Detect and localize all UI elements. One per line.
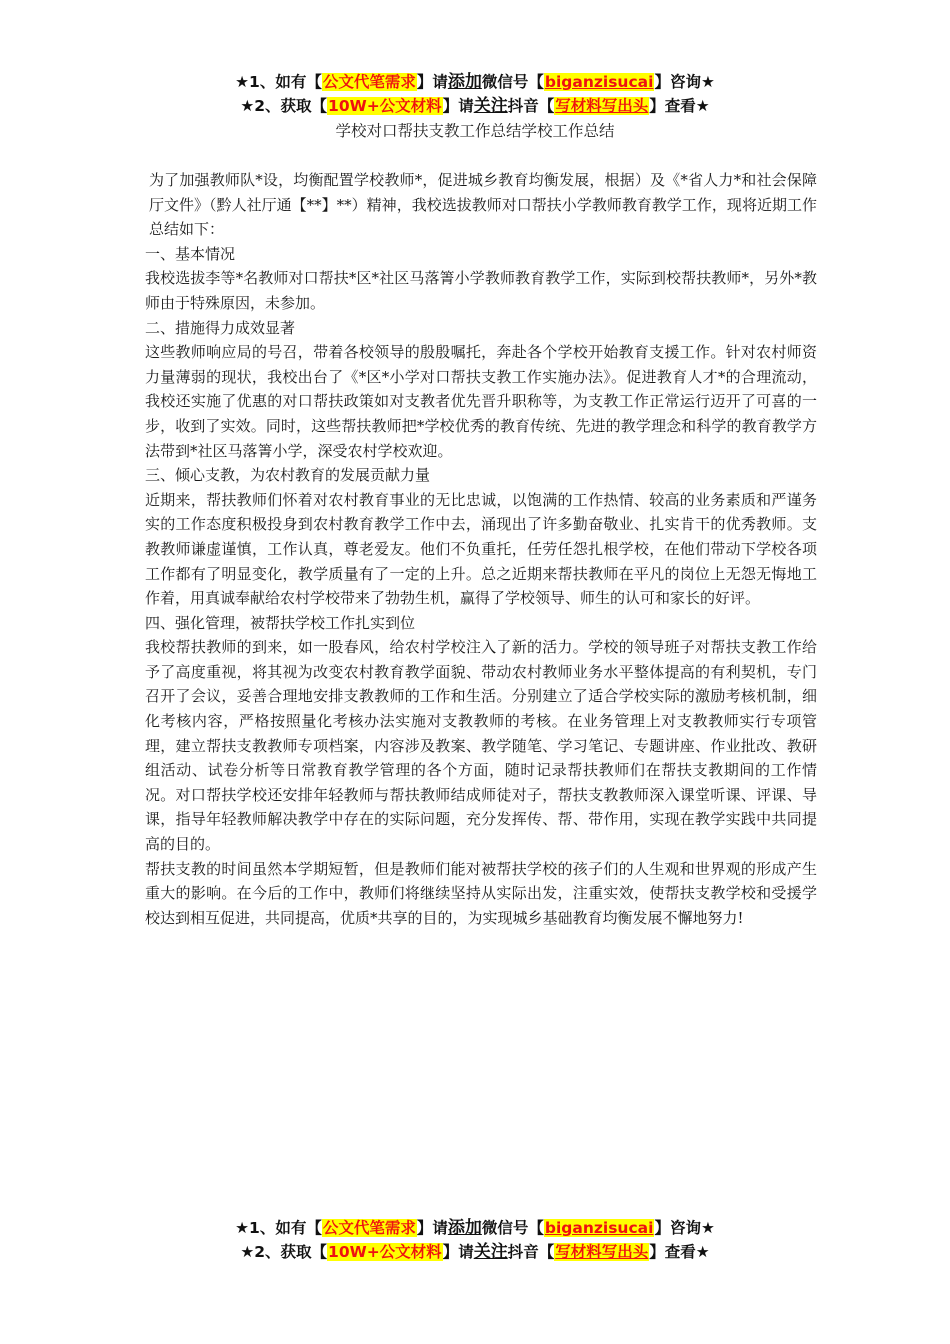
highlight-materials: 10W+公文材料 — [327, 1243, 443, 1261]
douyin-account-link[interactable]: 写材料写出头 — [554, 97, 649, 115]
banner-text: ★1、如有【 — [235, 73, 322, 91]
banner-text: 抖音【 — [508, 97, 555, 115]
document-body: 为了加强教师队*设，均衡配置学校教师*，促进城乡教育均衡发展，根据）及《*省人力… — [145, 168, 817, 930]
header-banner: ★1、如有【公文代笔需求】请添加微信号【biganzisucai】咨询★ ★2、… — [0, 70, 950, 118]
closing-paragraph: 帮扶支教的时间虽然本学期短暂，但是教师们能对被帮扶学校的孩子们的人生观和世界观的… — [145, 857, 817, 931]
banner-text: 】查看★ — [649, 1243, 709, 1261]
body-paragraph: 近期来，帮扶教师们怀着对农村教育事业的无比忠诚，以饱满的工作热情、较高的业务素质… — [145, 488, 817, 611]
highlight-service: 公文代笔需求 — [322, 1219, 417, 1237]
section-heading-4: 四、强化管理，被帮扶学校工作扎实到位 — [145, 611, 817, 636]
body-paragraph: 我校选拔李等*名教师对口帮扶*区*社区马落箐小学教师教育教学工作，实际到校帮扶教… — [145, 266, 817, 315]
banner-text: ★2、获取【 — [240, 1243, 327, 1261]
banner-text: 】咨询★ — [654, 73, 714, 91]
document-title: 学校对口帮扶支教工作总结学校工作总结 — [0, 119, 950, 143]
wechat-id-link[interactable]: biganzisucai — [544, 1219, 655, 1237]
banner-text: 】请 — [417, 73, 448, 91]
highlight-materials: 10W+公文材料 — [327, 97, 443, 115]
banner-text: ★1、如有【 — [235, 1219, 322, 1237]
banner-text: ★2、获取【 — [240, 97, 327, 115]
underlined-follow: 关注 — [474, 1242, 508, 1262]
banner-text: 】请 — [443, 1243, 474, 1261]
banner-text: 抖音【 — [508, 1243, 555, 1261]
banner-text: 微信号【 — [482, 1219, 544, 1237]
wechat-id-link[interactable]: biganzisucai — [544, 73, 655, 91]
banner-line-1: ★1、如有【公文代笔需求】请添加微信号【biganzisucai】咨询★ — [0, 1216, 950, 1240]
underlined-follow: 关注 — [474, 96, 508, 116]
douyin-account-link[interactable]: 写材料写出头 — [554, 1243, 649, 1261]
highlight-service: 公文代笔需求 — [322, 73, 417, 91]
banner-text: 】咨询★ — [654, 1219, 714, 1237]
underlined-add: 添加 — [448, 1218, 482, 1238]
banner-text: 】请 — [443, 97, 474, 115]
banner-line-2: ★2、获取【10W+公文材料】请关注抖音【写材料写出头】查看★ — [0, 1240, 950, 1264]
intro-paragraph: 为了加强教师队*设，均衡配置学校教师*，促进城乡教育均衡发展，根据）及《*省人力… — [145, 168, 817, 242]
footer-banner: ★1、如有【公文代笔需求】请添加微信号【biganzisucai】咨询★ ★2、… — [0, 1216, 950, 1264]
section-heading-2: 二、措施得力成效显著 — [145, 316, 817, 341]
banner-text: 微信号【 — [482, 73, 544, 91]
banner-line-1: ★1、如有【公文代笔需求】请添加微信号【biganzisucai】咨询★ — [0, 70, 950, 94]
underlined-add: 添加 — [448, 72, 482, 92]
body-paragraph: 这些教师响应局的号召，带着各校领导的殷殷嘱托，奔赴各个学校开始教育支援工作。针对… — [145, 340, 817, 463]
section-heading-3: 三、倾心支教，为农村教育的发展贡献力量 — [145, 463, 817, 488]
body-paragraph: 我校帮扶教师的到来，如一股春风，给农村学校注入了新的活力。学校的领导班子对帮扶支… — [145, 635, 817, 856]
banner-text: 】请 — [417, 1219, 448, 1237]
banner-line-2: ★2、获取【10W+公文材料】请关注抖音【写材料写出头】查看★ — [0, 94, 950, 118]
banner-text: 】查看★ — [649, 97, 709, 115]
section-heading-1: 一、基本情况 — [145, 242, 817, 267]
